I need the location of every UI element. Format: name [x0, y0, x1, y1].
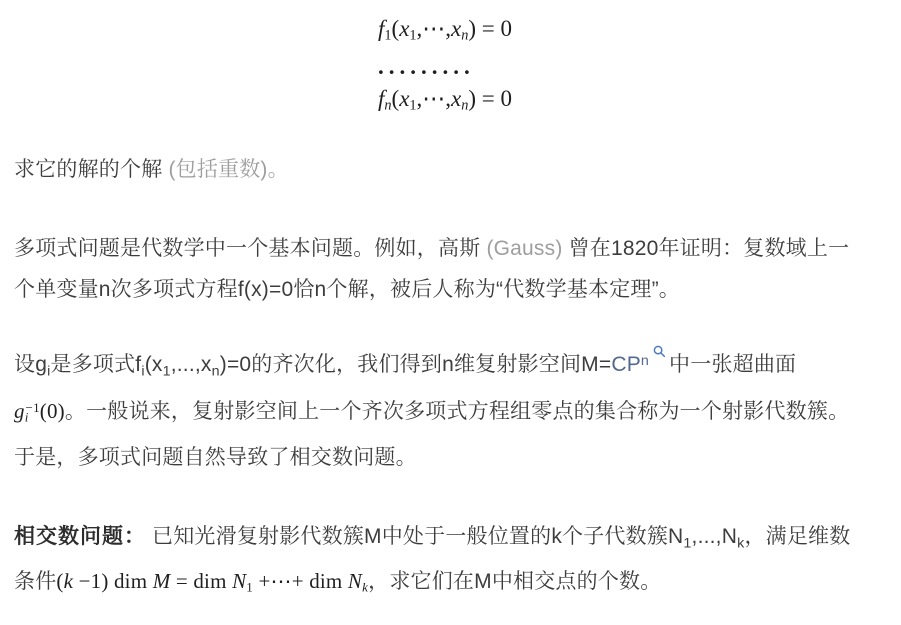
math-italic-run: N: [348, 569, 362, 593]
math-roman-run: (: [56, 569, 63, 593]
math-roman-run: −1) dim: [73, 569, 153, 593]
math-subscript: 1: [246, 579, 253, 594]
math-italic-run: g: [14, 399, 25, 423]
equation-line-1: f1(x1,⋯,xn) = 0: [378, 12, 512, 46]
math-italic-run: M: [153, 569, 171, 593]
math-subscript: 1: [384, 28, 391, 44]
bold-heading-run: 相交数问题：: [14, 525, 146, 548]
math-roman-run: ) = 0: [468, 16, 512, 41]
formula-link-text[interactable]: CP: [611, 353, 641, 376]
math-italic-run: x: [451, 16, 461, 41]
equation-line-2: fn(x1,⋯,xn) = 0: [378, 82, 512, 116]
paragraph-3-line-2: gi−1(0)。一般说来，复射影空间上一个齐次多项式方程组零点的集合称为一个射影…: [14, 396, 849, 427]
math-roman-run: +⋯+ dim: [253, 569, 348, 593]
text-run: )=0的齐次化，我们得到n维复射影空间M=: [220, 353, 612, 376]
paragraph-1-line-1: 求它的解的个解 (包括重数)。: [14, 155, 289, 185]
muted-text-run: (包括重数)。: [168, 158, 288, 181]
text-run: ，求它们在M中相交点的个数。: [368, 570, 661, 593]
math-subscript: 1: [409, 28, 416, 44]
text-run: 设g: [14, 353, 47, 376]
math-roman-run: ,⋯,: [417, 16, 452, 41]
text-run: 中一张超曲面: [669, 353, 796, 376]
text-run: 多项式问题是代数学中一个基本问题。例如，高斯: [14, 237, 486, 260]
text-run: (x: [145, 353, 163, 376]
formula-link-superscript[interactable]: n: [641, 353, 649, 369]
paragraph-2-line-2: 个单变量n次多项式方程f(x)=0恰n个解，被后人称为“代数学基本定理”。: [14, 275, 680, 305]
text-run: 曾在1820年证明：复数域上一: [563, 237, 850, 260]
math-subscript: 1: [409, 98, 416, 114]
math-roman-run: ) = 0: [468, 86, 512, 111]
text-run: ,...,N: [692, 525, 738, 548]
sans-subscript: n: [212, 363, 220, 379]
math-italic-run: x: [399, 86, 409, 111]
text-run: 条件: [14, 570, 56, 593]
paragraph-3-line-1: 设gi是多项式fi(x1,...,xn)=0的齐次化，我们得到n维复射影空间M=…: [14, 345, 796, 382]
text-run: ,...,x: [171, 353, 212, 376]
math-superscript: −1: [26, 400, 40, 415]
ellipsis-dots: .........: [378, 54, 475, 79]
text-run: 已知光滑复射影代数簇M中处于一般位置的k个子代数簇N: [146, 525, 683, 548]
math-italic-run: x: [451, 86, 461, 111]
equation-ellipsis-line: .........: [378, 50, 475, 83]
text-run: 。一般说来，复射影空间上一个齐次多项式方程组零点的集合称为一个射影代数簇。: [65, 400, 849, 423]
magnifier-icon[interactable]: [653, 345, 666, 358]
muted-text-run: (Gauss): [486, 237, 562, 260]
paragraph-2-line-1: 多项式问题是代数学中一个基本问题。例如，高斯 (Gauss) 曾在1820年证明…: [14, 234, 849, 264]
paragraph-3-line-3: 于是，多项式问题自然导致了相交数问题。: [14, 443, 417, 473]
math-roman-run: = dim: [170, 569, 232, 593]
math-subscript: n: [384, 98, 391, 114]
math-italic-run: x: [399, 16, 409, 41]
text-run: 于是，多项式问题自然导致了相交数问题。: [14, 446, 417, 469]
paragraph-4-line-2: 条件(k −1) dim M = dim N1 +⋯+ dim Nk，求它们在M…: [14, 566, 661, 597]
math-roman-run: ,⋯,: [417, 86, 452, 111]
math-roman-run: (0): [40, 399, 65, 423]
text-run: ，满足维数: [744, 525, 850, 548]
article-page: f1(x1,⋯,xn) = 0 ......... fn(x1,⋯,xn) = …: [0, 0, 901, 625]
text-run: 个单变量n次多项式方程f(x)=0恰n个解，被后人称为“代数学基本定理”。: [14, 278, 680, 301]
text-run: 是多项式f: [50, 353, 141, 376]
math-italic-run: N: [232, 569, 246, 593]
paragraph-4-line-1: 相交数问题： 已知光滑复射影代数簇M中处于一般位置的k个子代数簇N1,...,N…: [14, 522, 850, 554]
sans-subscript: 1: [163, 363, 171, 379]
sans-subscript: 1: [683, 535, 691, 551]
math-italic-run: k: [64, 569, 74, 593]
text-run: 求它的解的个解: [14, 158, 168, 181]
